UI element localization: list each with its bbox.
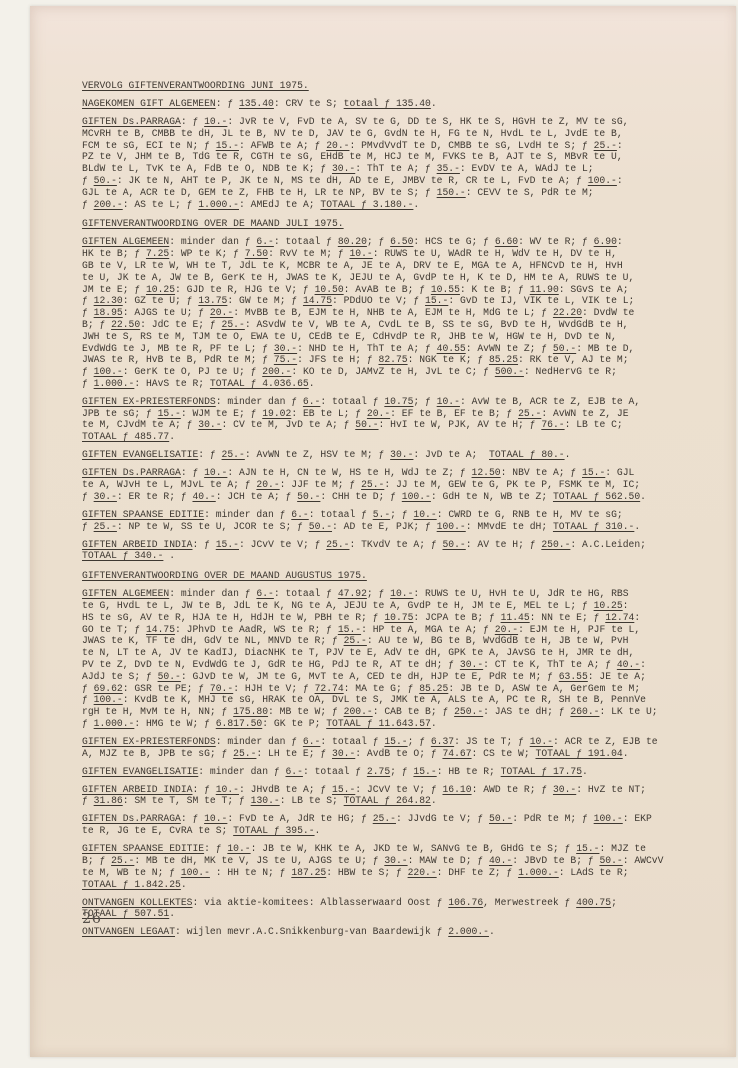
text-line: ƒ 200.-: AS te L; ƒ 1.000.-: AMEdJ te A;… (82, 199, 676, 211)
text-line: TOTAAL ƒ 340.- . (82, 550, 676, 562)
text-line: MCvRH te B, CMBB te dH, JL te B, NV te D… (82, 128, 676, 140)
para-ontvangen-kollektes: ONTVANGEN KOLLEKTES: via aktie-komitees:… (82, 897, 676, 921)
text-line: GIFTENVERANTWOORDING OVER DE MAAND JULI … (82, 218, 676, 230)
document-body: VERVOLG GIFTENVERANTWOORDING JUNI 1975.N… (82, 80, 676, 944)
para-giften-ds-parraga-juli: GIFTEN Ds.PARRAGA: ƒ 10.-: AJN te H, CN … (82, 467, 676, 502)
para-ontvangen-legaat: ONTVANGEN LEGAAT: wijlen mevr.A.C.Snikke… (82, 926, 676, 938)
text-line: ƒ 30.-: ER te R; ƒ 40.-: JCH te A; ƒ 50.… (82, 491, 676, 503)
text-line: ƒ 50.-: JK te N, AHT te P, JK te N, MS t… (82, 175, 676, 187)
text-line: GIFTEN EX-PRIESTERFONDS: minder dan ƒ 6.… (82, 736, 676, 748)
text-line: ONTVANGEN LEGAAT: wijlen mevr.A.C.Snikke… (82, 926, 676, 938)
text-line: TOTAAL ƒ 485.77. (82, 431, 676, 443)
text-line: JM te E; ƒ 10.25: GJD te R, HJG te V; ƒ … (82, 284, 676, 296)
text-line: ƒ 25.-: NP te W, SS te U, JCOR te S; ƒ 5… (82, 521, 676, 533)
text-line: ƒ 31.86: SM te T, SM te T; ƒ 130.-: LB t… (82, 795, 676, 807)
text-line: GIFTENVERANTWOORDING OVER DE MAAND AUGUS… (82, 570, 676, 582)
para-giften-ex-priesterfonds-juli: GIFTEN EX-PRIESTERFONDS: minder dan ƒ 6.… (82, 396, 676, 443)
text-line: ƒ 1.000.-: HAvS te R; TOTAAL ƒ 4.036.65. (82, 378, 676, 390)
text-line: te A, WJvH te L, MJvL te A; ƒ 20.-: JJF … (82, 479, 676, 491)
text-line: te G, HvdL te L, JW te B, JdL te K, NG t… (82, 600, 676, 612)
text-line: GO te T; ƒ 14.75: JPhvD te AadR, WS te R… (82, 624, 676, 636)
text-line: GJL te A, ACR te D, GEM te Z, FHB te H, … (82, 187, 676, 199)
text-line: GIFTEN ARBEID INDIA: ƒ 10.-: JHvdB te A;… (82, 784, 676, 796)
text-line: te M, CJvdM te A; ƒ 30.-: CV te M, JvD t… (82, 419, 676, 431)
text-line: ƒ 18.95: AJGS te U; ƒ 20.-: MvBB te B, E… (82, 307, 676, 319)
heading-augustus-1975: GIFTENVERANTWOORDING OVER DE MAAND AUGUS… (82, 570, 676, 582)
text-line: GIFTEN EVANGELISATIE: ƒ 25.-: AvWN te Z,… (82, 449, 676, 461)
para-nagekomen-gift-algemeen: NAGEKOMEN GIFT ALGEMEEN: ƒ 135.40: CRV t… (82, 98, 676, 110)
para-giften-algemeen-juli: GIFTEN ALGEMEEN: minder dan ƒ 6.-: totaa… (82, 236, 676, 389)
text-line: ƒ 69.62: GSR te PE; ƒ 70.-: HJH te V; ƒ … (82, 683, 676, 695)
para-giften-ds-parraga-juni: GIFTEN Ds.PARRAGA: ƒ 10.-: JvR te V, FvD… (82, 116, 676, 210)
text-line: GIFTEN SPAANSE EDITIE: minder dan ƒ 6.-:… (82, 509, 676, 521)
para-giften-arbeid-india-juli: GIFTEN ARBEID INDIA: ƒ 15.-: JCvV te V; … (82, 539, 676, 563)
text-line: PZ te V, JHM te B, TdG te R, CGTH te sG,… (82, 151, 676, 163)
text-line: JPB te sG; ƒ 15.-: WJM te E; ƒ 19.02: EB… (82, 408, 676, 420)
text-line: GIFTEN SPAANSE EDITIE: ƒ 10.-: JB te W, … (82, 843, 676, 855)
para-giften-evangelisatie-juli: GIFTEN EVANGELISATIE: ƒ 25.-: AvWN te Z,… (82, 449, 676, 461)
text-line: ƒ 1.000.-: HMG te W; ƒ 6.817.50: GK te P… (82, 718, 676, 730)
text-line: te N, LT te A, JV te KadIJ, DiacNHK te T… (82, 647, 676, 659)
text-line: ƒ 100.-: KvdB te K, MHJ te sG, HRAK te O… (82, 694, 676, 706)
text-line: B; ƒ 22.50: JdC te E; ƒ 25.-: ASvdW te V… (82, 319, 676, 331)
text-line: BLdW te L, TvK te A, FdB te O, NDB te K;… (82, 163, 676, 175)
text-line: FCM te sG, ECI te N; ƒ 15.-: AFWB te A; … (82, 140, 676, 152)
para-giften-ds-parraga-augustus: GIFTEN Ds.PARRAGA: ƒ 10.-: FvD te A, JdR… (82, 813, 676, 837)
text-line: GB te V, LR te W, WH te T, JdL te K, MCB… (82, 260, 676, 272)
text-line: GIFTEN EVANGELISATIE: minder dan ƒ 6.-: … (82, 766, 676, 778)
text-line: EvdWdG te J, MB te R, PF te L; ƒ 30.-: N… (82, 343, 676, 355)
text-line: B; ƒ 25.-: MB te dH, MK te V, JS te U, A… (82, 855, 676, 867)
text-line: JWH te S, RS te M, TJM te O, EWA te U, C… (82, 331, 676, 343)
text-line: GIFTEN ALGEMEEN: minder dan ƒ 6.-: totaa… (82, 236, 676, 248)
para-giften-spaanse-editie-juli: GIFTEN SPAANSE EDITIE: minder dan ƒ 6.-:… (82, 509, 676, 533)
scanned-page-paper: VERVOLG GIFTENVERANTWOORDING JUNI 1975.N… (30, 6, 736, 1057)
text-line: GIFTEN Ds.PARRAGA: ƒ 10.-: AJN te H, CN … (82, 467, 676, 479)
para-giften-evangelisatie-augustus: GIFTEN EVANGELISATIE: minder dan ƒ 6.-: … (82, 766, 676, 778)
text-line: AJdJ te S; ƒ 50.-: GJvD te W, JM te G, M… (82, 671, 676, 683)
text-line: rgH te H, MvM te H, NN; ƒ 175.80: MB te … (82, 706, 676, 718)
para-giften-algemeen-augustus: GIFTEN ALGEMEEN: minder dan ƒ 6.-: totaa… (82, 588, 676, 730)
text-line: A, MJZ te B, JPB te sG; ƒ 25.-: LH te E;… (82, 748, 676, 760)
text-line: HK te B; ƒ 7.25: WP te K; ƒ 7.50: RvV te… (82, 248, 676, 260)
text-line: ƒ 12.30: GZ te U; ƒ 13.75: GW te M; ƒ 14… (82, 295, 676, 307)
text-line: NAGEKOMEN GIFT ALGEMEEN: ƒ 135.40: CRV t… (82, 98, 676, 110)
para-giften-arbeid-india-augustus: GIFTEN ARBEID INDIA: ƒ 10.-: JHvdB te A;… (82, 784, 676, 808)
para-giften-spaanse-editie-augustus: GIFTEN SPAANSE EDITIE: ƒ 10.-: JB te W, … (82, 843, 676, 890)
text-line: te M, WB te N; ƒ 100.- : HH te N; ƒ 187.… (82, 867, 676, 879)
heading-vervolg-juni-1975: VERVOLG GIFTENVERANTWOORDING JUNI 1975. (82, 80, 676, 92)
text-line: ƒ 100.-: GerK te O, PJ te U; ƒ 200.-: KO… (82, 366, 676, 378)
text-line: TOTAAL ƒ 507.51. (82, 908, 676, 920)
text-line: te R, JG te E, CvRA te S; TOTAAL ƒ 395.-… (82, 825, 676, 837)
text-line: te U, JK te A, JW te B, GerK te H, JWAS … (82, 272, 676, 284)
heading-juli-1975: GIFTENVERANTWOORDING OVER DE MAAND JULI … (82, 218, 676, 230)
text-line: GIFTEN Ds.PARRAGA: ƒ 10.-: JvR te V, FvD… (82, 116, 676, 128)
text-line: JWAS te R, HvB te B, PdR te M; ƒ 75.-: J… (82, 354, 676, 366)
text-line: JWAS te K, TF te dH, GdV te NL, MNVD te … (82, 635, 676, 647)
text-line: TOTAAL ƒ 1.842.25. (82, 879, 676, 891)
page-number: 26 (82, 911, 101, 927)
text-line: HS te sG, AV te R, HJA te H, HdJH te W, … (82, 612, 676, 624)
text-line: PV te Z, DvD te N, EvdWdG te J, GdR te H… (82, 659, 676, 671)
text-line: GIFTEN ARBEID INDIA: ƒ 15.-: JCvV te V; … (82, 539, 676, 551)
text-line: VERVOLG GIFTENVERANTWOORDING JUNI 1975. (82, 80, 676, 92)
text-line: GIFTEN ALGEMEEN: minder dan ƒ 6.-: totaa… (82, 588, 676, 600)
text-line: ONTVANGEN KOLLEKTES: via aktie-komitees:… (82, 897, 676, 909)
text-line: GIFTEN EX-PRIESTERFONDS: minder dan ƒ 6.… (82, 396, 676, 408)
text-line: GIFTEN Ds.PARRAGA: ƒ 10.-: FvD te A, JdR… (82, 813, 676, 825)
para-giften-ex-priesterfonds-augustus: GIFTEN EX-PRIESTERFONDS: minder dan ƒ 6.… (82, 736, 676, 760)
